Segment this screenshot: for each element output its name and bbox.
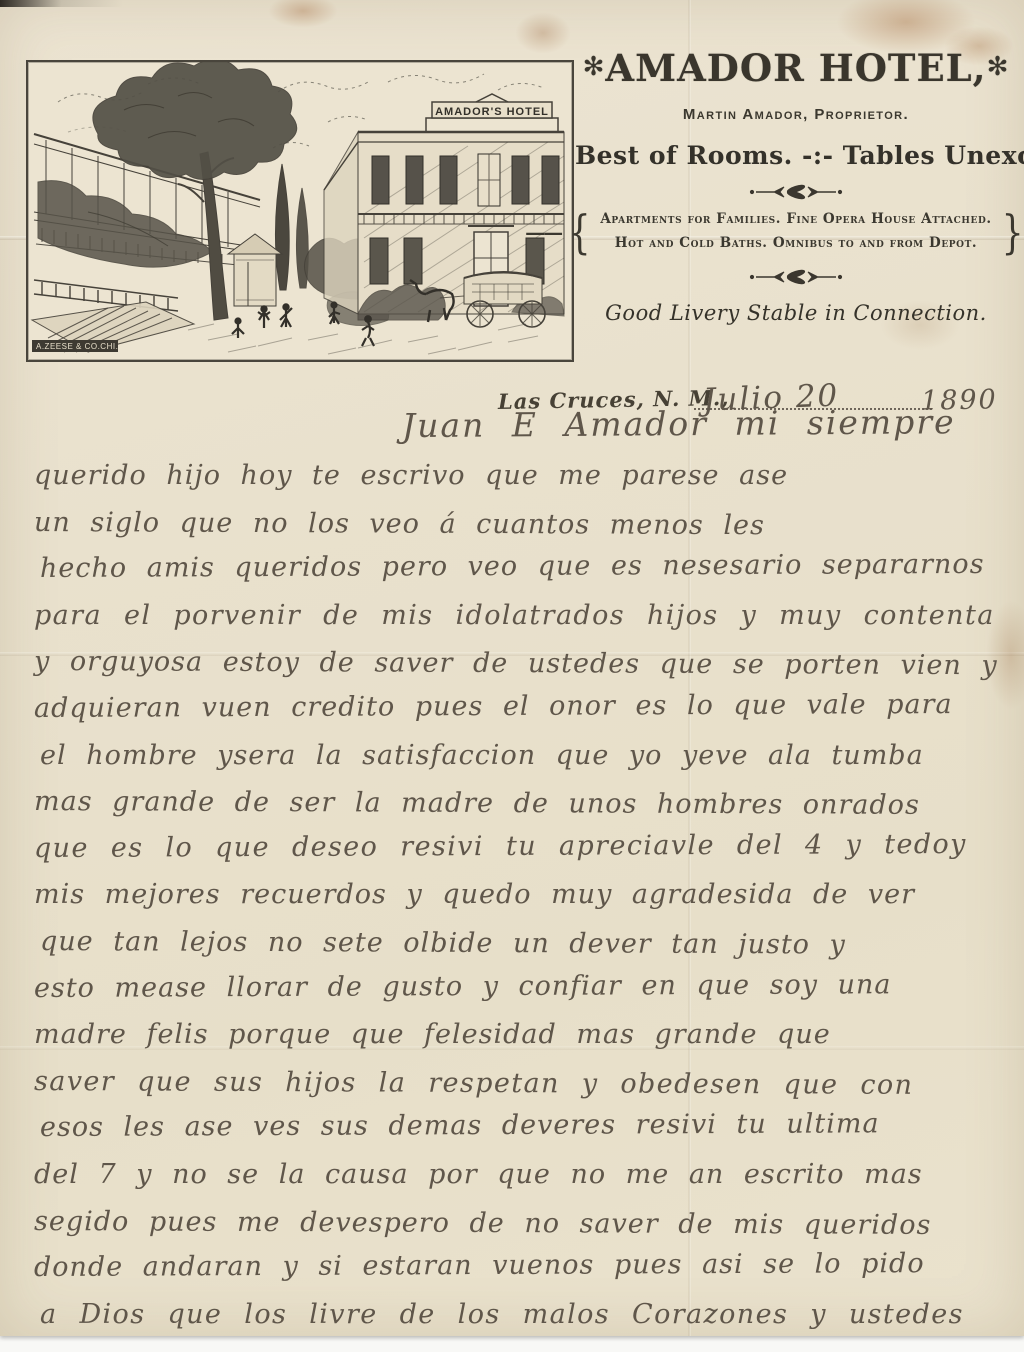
tagline: Best of Rooms. -:- Tables Unexcelled.	[575, 141, 1017, 170]
letter-line: para el porvenir de mis idolatrados hijo…	[34, 600, 1006, 647]
proprietor-line: Martin Amador, Proprietor.	[575, 106, 1017, 123]
scan-edge-shadow	[0, 0, 1024, 7]
letter-body: Juan E Amador mi siempre querido hijo ho…	[34, 404, 1006, 1345]
hotel-name-text: AMADOR HOTEL,	[605, 46, 986, 90]
letter-line: querido hijo hoy te escrivo que me pares…	[34, 460, 1006, 507]
letterhead: ✻AMADOR HOTEL,✻ Martin Amador, Proprieto…	[575, 46, 1017, 325]
features-block: —— { Apartments for Families. Fine Opera…	[575, 208, 1017, 255]
ornament-divider-icon	[748, 184, 844, 200]
fleuron-left-icon: ✻	[583, 52, 606, 82]
features-line-1: Apartments for Families. Fine Opera Hous…	[600, 208, 991, 232]
letter-line: adquieran vuen credito pues el onor es l…	[34, 689, 1006, 740]
hotel-engraving: AMADOR'S HOTEL	[26, 60, 574, 362]
letter-page: AMADOR'S HOTEL	[0, 0, 1024, 1336]
features-line-2: Hot and Cold Baths. Omnibus to and from …	[600, 232, 991, 256]
letter-line: el hombre ysera la satisfaccion que yo y…	[40, 740, 1006, 787]
letter-line: donde andaran y si estaran vuenos pues a…	[34, 1248, 1006, 1299]
features-dash-left: ——	[525, 220, 561, 244]
engraver-credit: A.ZEESE & CO.CHI.	[36, 342, 118, 351]
letter-line: esto mease llorar de gusto y confiar en …	[34, 968, 1006, 1019]
letter-line: del 7 y no se la causa por que no me an …	[34, 1159, 1006, 1206]
foxing-stain	[515, 12, 571, 54]
livery-line: Good Livery Stable in Connection.	[575, 301, 1017, 325]
ornament-divider-icon	[748, 269, 844, 285]
brace-left: {	[569, 209, 591, 255]
brace-right: }	[1001, 209, 1023, 255]
fleuron-right-icon: ✻	[987, 52, 1010, 82]
letter-salutation: Juan E Amador mi siempre	[402, 402, 1006, 462]
letter-line: esos les ase ves sus demas deveres resiv…	[40, 1108, 1006, 1159]
letter-line: a Dios que los livre de los malos Corazo…	[40, 1299, 1006, 1346]
letter-line: madre felis porque que felesidad mas gra…	[34, 1019, 1006, 1066]
letter-line: que es lo que deseo resivi tu apreciavle…	[34, 829, 1006, 880]
hotel-name: ✻AMADOR HOTEL,✻	[575, 46, 1017, 90]
letter-line: hecho amis queridos pero veo que es nese…	[40, 549, 1006, 600]
engraving-sign-text: AMADOR'S HOTEL	[435, 106, 549, 118]
letter-line: mis mejores recuerdos y quedo muy agrade…	[34, 879, 1006, 926]
